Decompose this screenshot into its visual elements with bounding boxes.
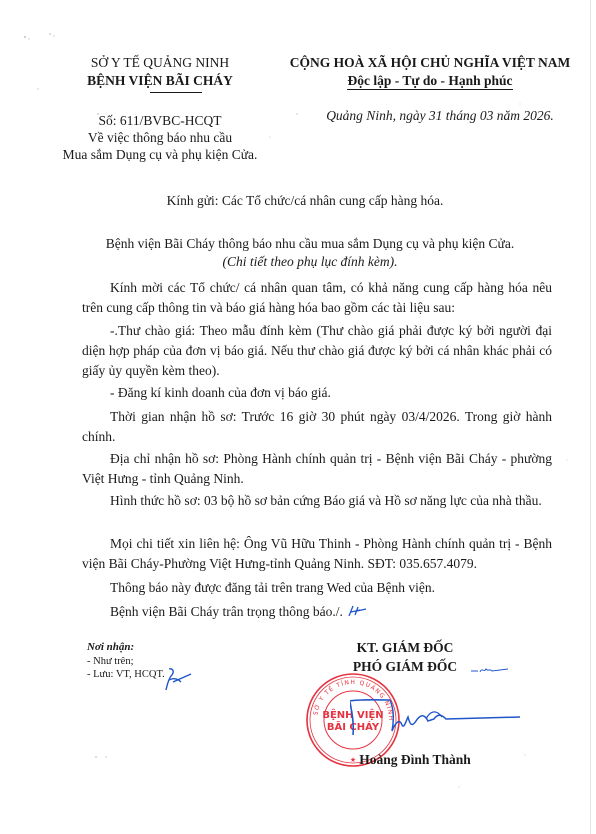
- agency-name: SỞ Y TẾ QUẢNG NINH: [60, 55, 260, 71]
- motto-text: Độc lập - Tự do - Hạnh phúc: [347, 73, 512, 90]
- recipient-item: - Như trên;: [87, 656, 134, 667]
- submission-deadline: Thời gian nhận hồ sơ: Trước 16 giờ 30 ph…: [82, 407, 552, 447]
- initials-mark-icon: [163, 666, 193, 694]
- hospital-underline: [150, 92, 202, 93]
- initials-mark-icon: [346, 603, 368, 619]
- subject-line-1: Về việc thông báo nhu cầu: [60, 130, 260, 146]
- initials-mark-icon: [470, 663, 510, 675]
- contact-info: Mọi chi tiết xin liên hệ: Ông Vũ Hữu Thi…: [82, 534, 552, 574]
- requirement-quotation-letter: -.Thư chào giá: Theo mẫu đính kèm (Thư c…: [82, 321, 552, 381]
- publication-note: Thông báo này được đăng tải trên trang W…: [82, 578, 552, 598]
- closing-line: Bệnh viện Bãi Cháy trân trọng thông báo.…: [82, 602, 552, 622]
- requirement-business-registration: - Đăng kí kinh doanh của đơn vị báo giá.: [82, 383, 552, 403]
- document-number: Số: 611/BVBC-HCQT: [60, 113, 260, 129]
- intro-paragraph: Bệnh viện Bãi Cháy thông báo nhu cầu mua…: [60, 236, 560, 252]
- signer-name: Hoàng Đình Thành: [340, 752, 490, 768]
- intro-note: (Chi tiết theo phụ lục đính kèm).: [60, 254, 560, 270]
- national-motto: Độc lập - Tự do - Hạnh phúc: [280, 73, 580, 89]
- national-title: CỘNG HOÀ XÃ HỘI CHỦ NGHĨA VIỆT NAM: [280, 55, 580, 71]
- place-date: Quảng Ninh, ngày 31 tháng 03 năm 2026.: [290, 108, 590, 124]
- subject-line-2: Mua sắm Dụng cụ và phụ kiện Cửa.: [40, 147, 280, 163]
- submission-address: Địa chỉ nhận hồ sơ: Phòng Hành chính quả…: [82, 449, 552, 489]
- signature-title-1: KT. GIÁM ĐỐC: [330, 640, 480, 656]
- handwritten-signature-icon: [350, 695, 530, 745]
- submission-format: Hình thức hồ sơ: 03 bộ hồ sơ bản cứng Bá…: [82, 491, 552, 511]
- greeting: Kính gửi: Các Tổ chức/cá nhân cung cấp h…: [60, 193, 550, 209]
- recipient-item: - Lưu: VT, HCQT.: [87, 669, 165, 680]
- document-page: SỞ Y TẾ QUẢNG NINH BỆNH VIỆN BÃI CHÁY Số…: [0, 0, 591, 834]
- recipients-title: Nơi nhận:: [87, 641, 134, 653]
- hospital-name: BỆNH VIỆN BÃI CHÁY: [60, 73, 260, 89]
- invitation-paragraph: Kính mời các Tổ chức/ cá nhân quan tâm, …: [82, 278, 552, 318]
